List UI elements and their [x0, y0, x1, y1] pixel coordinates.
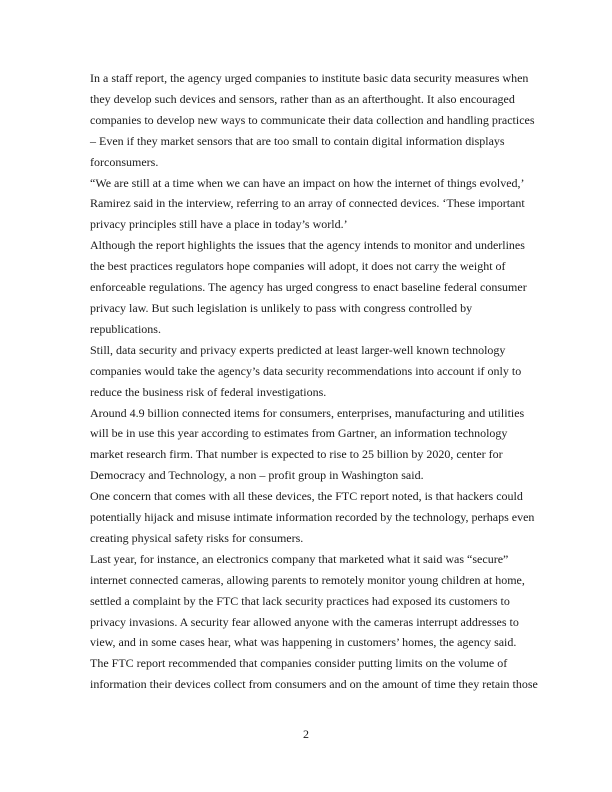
body-text: In a staff report, the agency urged comp… [90, 68, 540, 695]
paragraph: In a staff report, the agency urged comp… [90, 68, 540, 173]
paragraph: Last year, for instance, an electronics … [90, 549, 540, 654]
paragraph: Still, data security and privacy experts… [90, 340, 540, 403]
paragraph: Although the report highlights the issue… [90, 235, 540, 340]
paragraph: One concern that comes with all these de… [90, 486, 540, 549]
paragraph: “We are still at a time when we can have… [90, 173, 540, 236]
paragraph: The FTC report recommended that companie… [90, 653, 540, 695]
paragraph: Around 4.9 billion connected items for c… [90, 403, 540, 487]
page-number: 2 [0, 727, 612, 742]
document-page: In a staff report, the agency urged comp… [0, 0, 612, 792]
